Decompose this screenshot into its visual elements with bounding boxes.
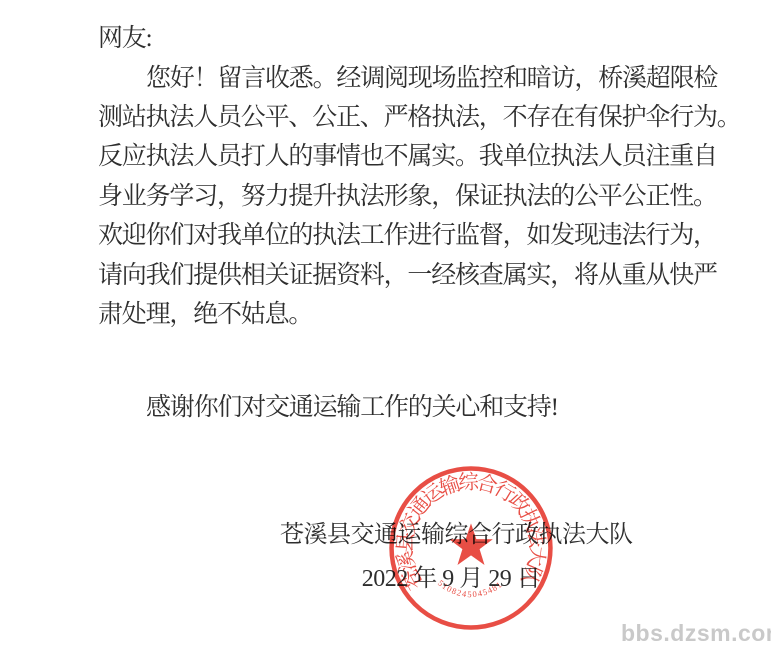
- signature-date: 2022 年 9 月 29 日: [280, 563, 622, 595]
- body-line: 肃处理，绝不姑息。: [98, 298, 716, 332]
- signature-org: 苍溪县交通运输综合行政执法大队: [280, 519, 622, 551]
- thanks-line: 感谢你们对交通运输工作的关心和支持!: [98, 391, 716, 425]
- body-line: 请向我们提供相关证据资料，一经核查属实，将从重从快严: [98, 259, 716, 293]
- body-line: 欢迎你们对我单位的执法工作进行监督，如发现违法行为，: [98, 219, 716, 253]
- site-watermark: bbs.dzsm.com: [621, 620, 771, 647]
- body-line: 身业务学习，努力提升执法形象，保证执法的公平公正性。: [98, 180, 716, 214]
- letter-page: 网友: 您好！留言收悉。经调阅现场监控和暗访，桥溪超限检 测站执法人员公平、公正…: [0, 0, 771, 656]
- body-line: 测站执法人员公平、公正、严格执法，不存在有保护伞行为。: [98, 101, 716, 135]
- body-line: 反应执法人员打人的事情也不属实。我单位执法人员注重自: [98, 140, 716, 174]
- body-line: 您好！留言收悉。经调阅现场监控和暗访，桥溪超限检: [98, 62, 716, 96]
- salutation: 网友:: [98, 22, 716, 56]
